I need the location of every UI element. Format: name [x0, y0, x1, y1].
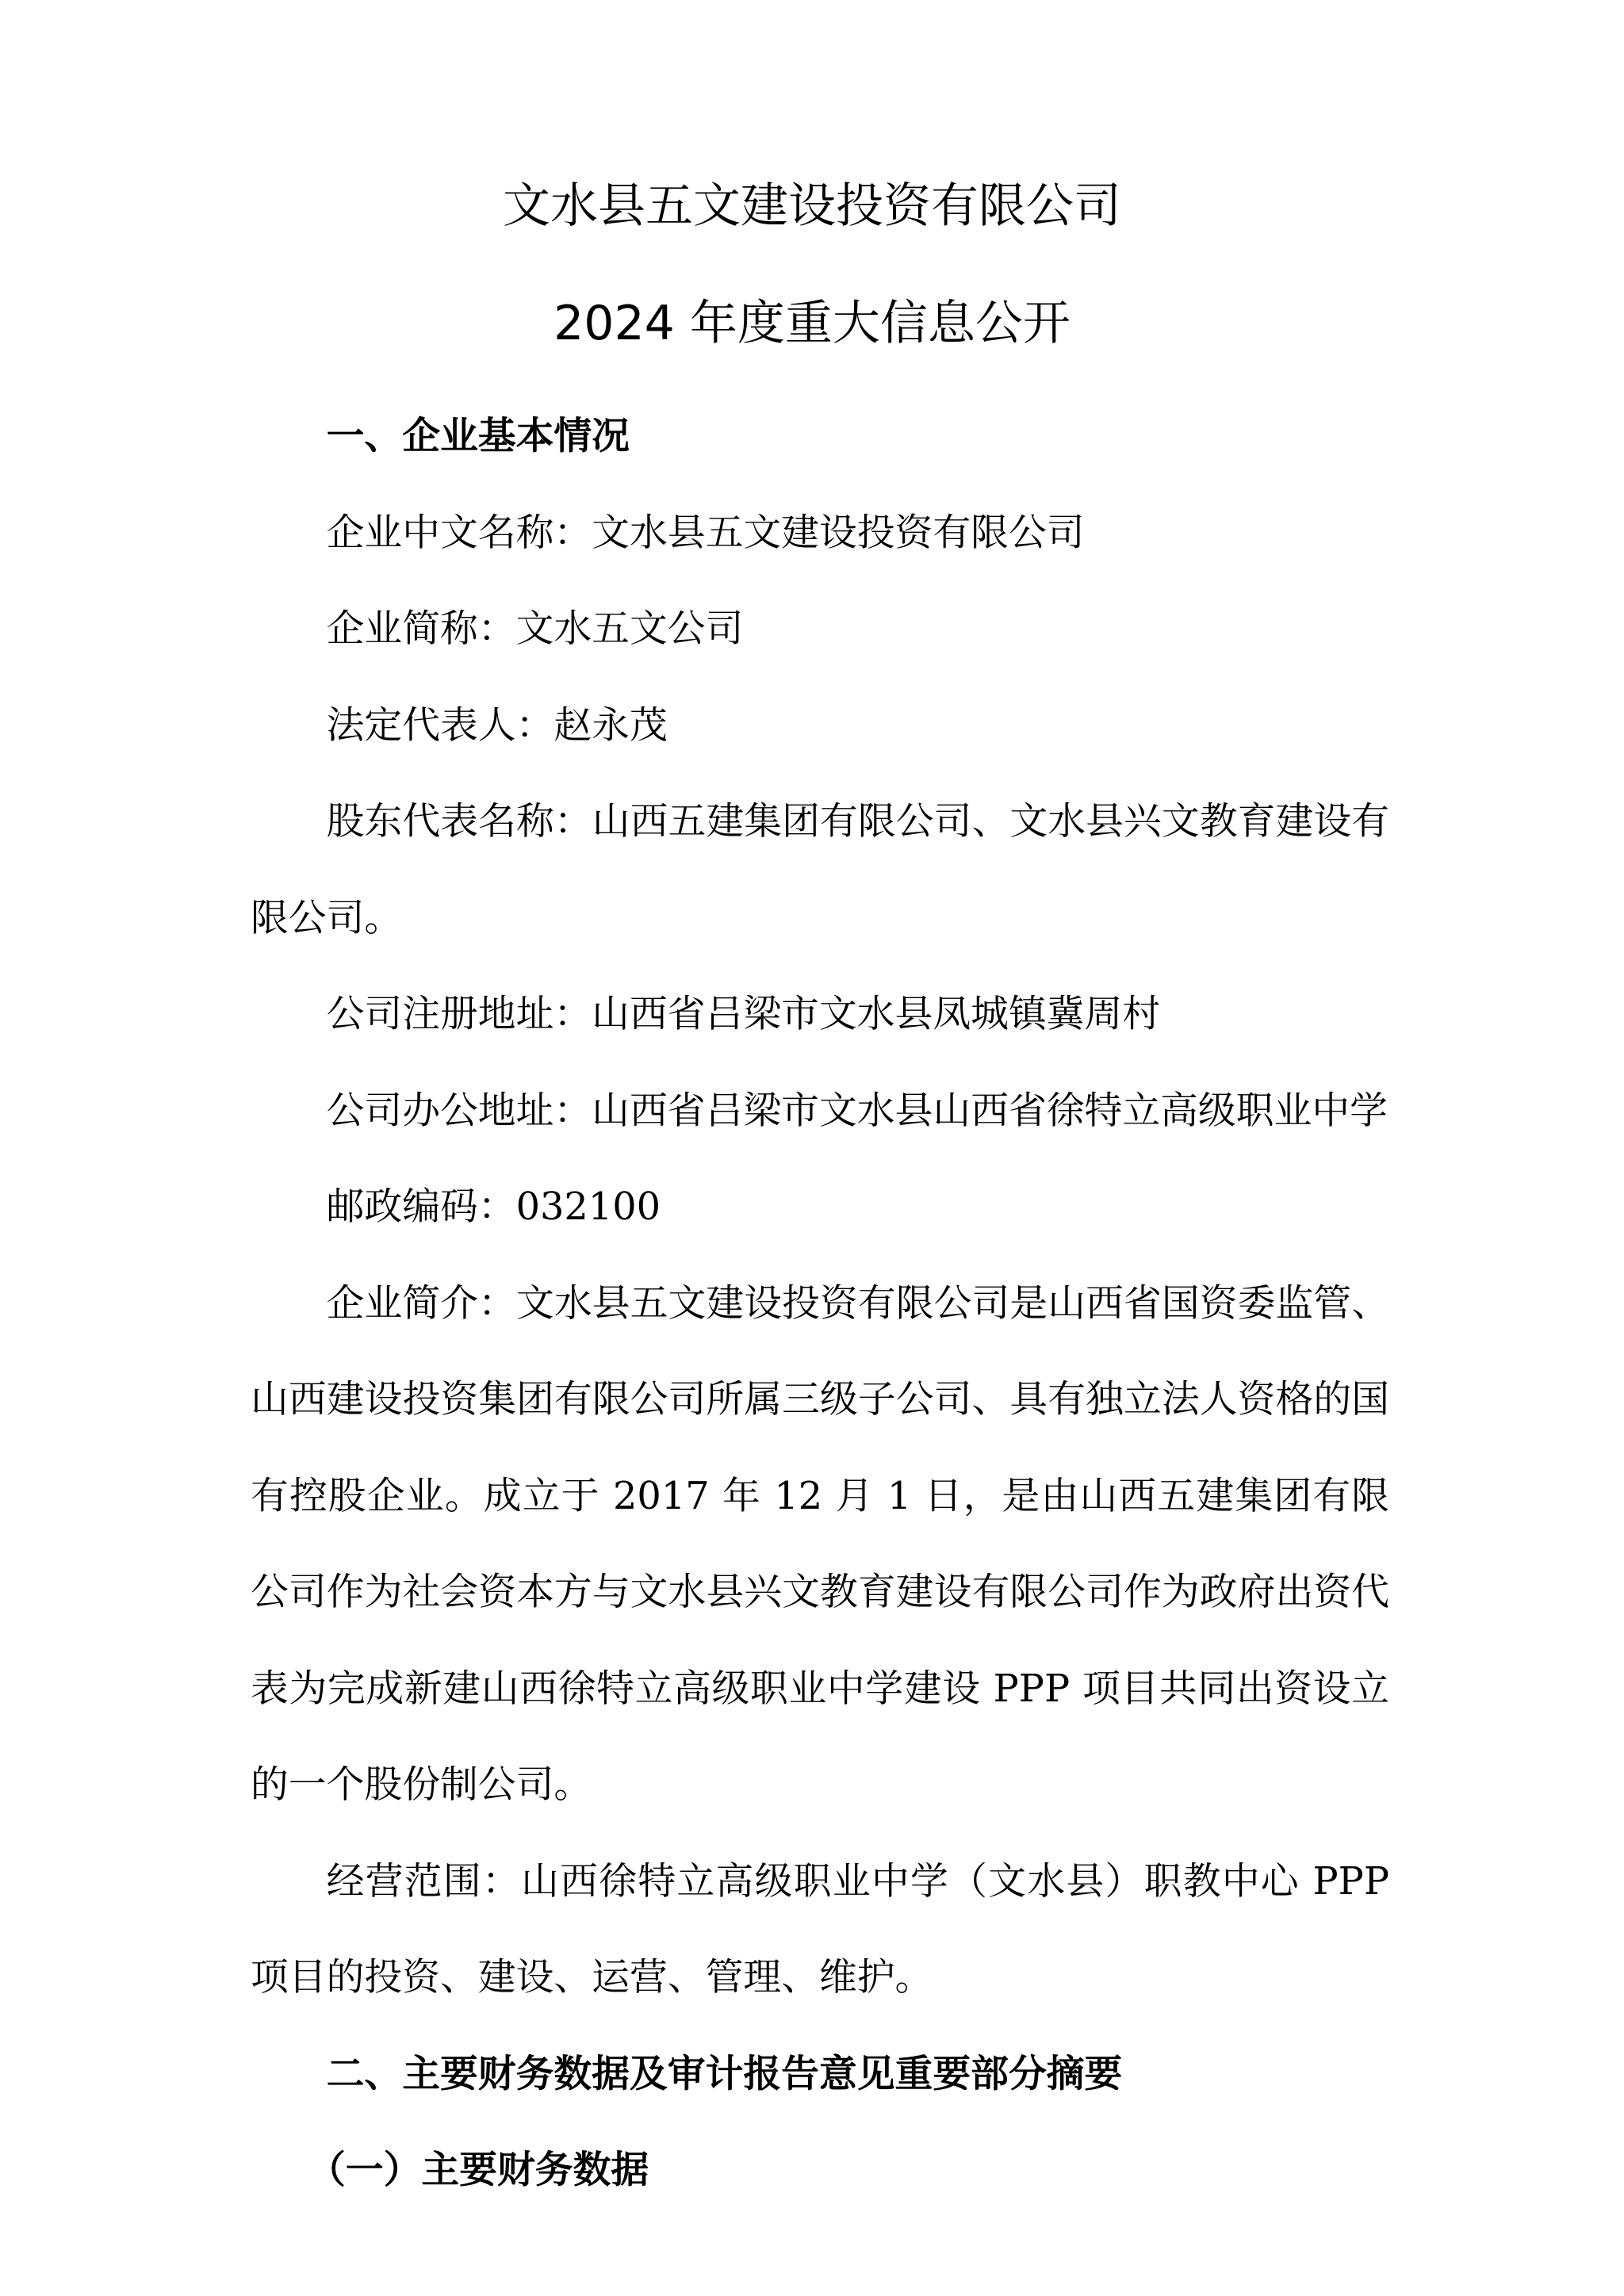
- shareholders-line: 股东代表名称：山西五建集团有限公司、文水县兴文教育建设有限公司。: [251, 774, 1389, 966]
- business-scope-paragraph: 经营范围：山西徐特立高级职业中学（文水县）职教中心 PPP 项目的投资、建设、运…: [251, 1834, 1389, 2026]
- short-name-line: 企业简称：文水五文公司: [251, 581, 1389, 678]
- document-page: 文水县五文建设投资有限公司 2024 年度重大信息公开 一、企业基本情况 企业中…: [0, 0, 1624, 2296]
- document-body: 一、企业基本情况 企业中文名称：文水县五文建设投资有限公司 企业简称：文水五文公…: [251, 388, 1389, 2219]
- subsection-heading-financial-data: （一）主要财务数据: [251, 2122, 1389, 2219]
- section-heading-basic-info: 一、企业基本情况: [251, 388, 1389, 485]
- company-name-line: 企业中文名称：文水县五文建设投资有限公司: [251, 485, 1389, 582]
- document-title: 文水县五文建设投资有限公司: [0, 174, 1624, 238]
- document-subtitle: 2024 年度重大信息公开: [0, 292, 1624, 355]
- postal-code-line: 邮政编码：032100: [251, 1159, 1389, 1256]
- legal-representative-line: 法定代表人：赵永茂: [251, 678, 1389, 775]
- office-address-line: 公司办公地址：山西省吕梁市文水县山西省徐特立高级职业中学: [251, 1063, 1389, 1160]
- registered-address-line: 公司注册地址：山西省吕梁市文水县凤城镇冀周村: [251, 966, 1389, 1063]
- company-profile-paragraph: 企业简介：文水县五文建设投资有限公司是山西省国资委监管、山西建设投资集团有限公司…: [251, 1256, 1389, 1834]
- section-heading-financial-summary: 二、主要财务数据及审计报告意见重要部分摘要: [251, 2026, 1389, 2123]
